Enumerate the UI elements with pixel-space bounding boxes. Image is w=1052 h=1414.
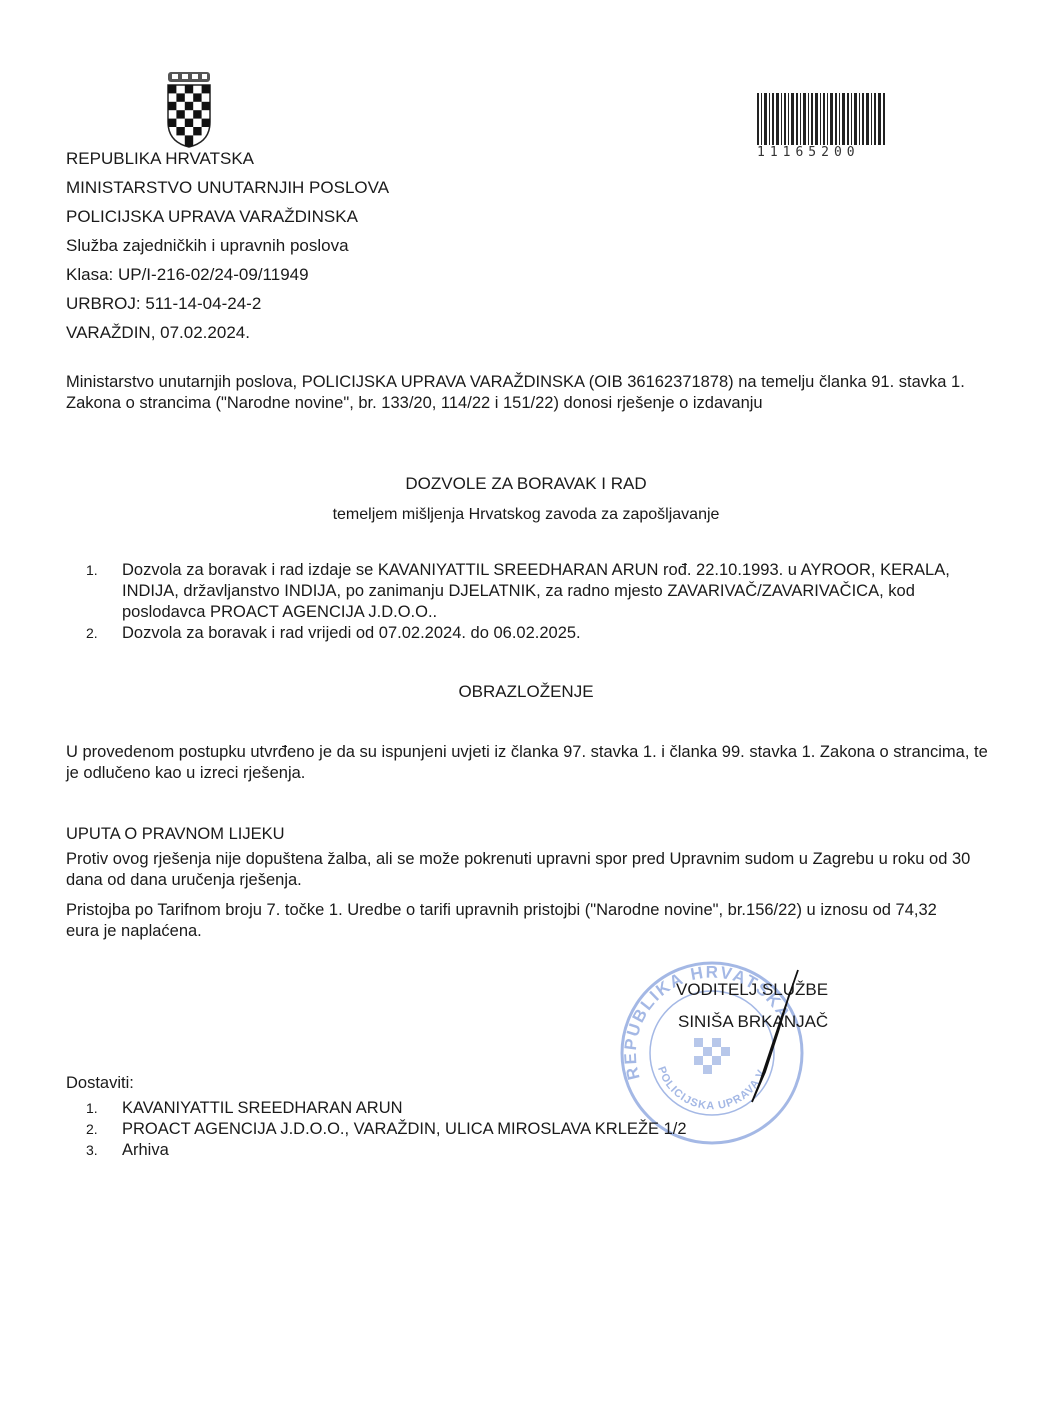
list-item: 1. Dozvola za boravak i rad izdaje se KA… xyxy=(66,560,986,623)
reasoning-title: OBRAZLOŽENJE xyxy=(0,682,1052,702)
croatian-coat-of-arms-icon xyxy=(164,70,214,148)
delivery-list: 1. KAVANIYATTIL SREEDHARAN ARUN 2. PROAC… xyxy=(66,1098,996,1161)
barcode-icon xyxy=(757,93,885,145)
header-police-department: POLICIJSKA UPRAVA VARAŽDINSKA xyxy=(66,202,389,231)
intro-paragraph: Ministarstvo unutarnjih poslova, POLICIJ… xyxy=(66,372,966,414)
fee-paragraph: Pristojba po Tarifnom broju 7. točke 1. … xyxy=(66,900,946,942)
header-registry-number: URBROJ: 511-14-04-24-2 xyxy=(66,289,389,318)
legal-remedy-paragraph: Protiv ovog rješenja nije dopuštena žalb… xyxy=(66,849,996,891)
barcode-number: 11165200 xyxy=(757,145,887,160)
header-ministry: MINISTARSTVO UNUTARNJIH POSLOVA xyxy=(66,173,389,202)
list-item: 3. Arhiva xyxy=(66,1140,996,1161)
decision-list: 1. Dozvola za boravak i rad izdaje se KA… xyxy=(66,560,986,644)
document-header: REPUBLIKA HRVATSKA MINISTARSTVO UNUTARNJ… xyxy=(66,144,389,347)
header-place-date: VARAŽDIN, 07.02.2024. xyxy=(66,318,389,347)
reasoning-paragraph: U provedenom postupku utvrđeno je da su … xyxy=(66,742,996,784)
list-item: 1. KAVANIYATTIL SREEDHARAN ARUN xyxy=(66,1098,996,1119)
delivery-label: Dostaviti: xyxy=(66,1073,996,1094)
decision-title: DOZVOLE ZA BORAVAK I RAD xyxy=(0,474,1052,494)
legal-remedy-title: UPUTA O PRAVNOM LIJEKU xyxy=(66,824,996,845)
list-item: 2. Dozvola za boravak i rad vrijedi od 0… xyxy=(66,623,986,644)
list-item: 2. PROACT AGENCIJA J.D.O.O., VARAŽDIN, U… xyxy=(66,1119,996,1140)
header-class-number: Klasa: UP/I-216-02/24-09/11949 xyxy=(66,260,389,289)
header-country: REPUBLIKA HRVATSKA xyxy=(66,144,389,173)
decision-subtitle: temeljem mišljenja Hrvatskog zavoda za z… xyxy=(0,506,1052,524)
header-service: Služba zajedničkih i upravnih poslova xyxy=(66,231,389,260)
